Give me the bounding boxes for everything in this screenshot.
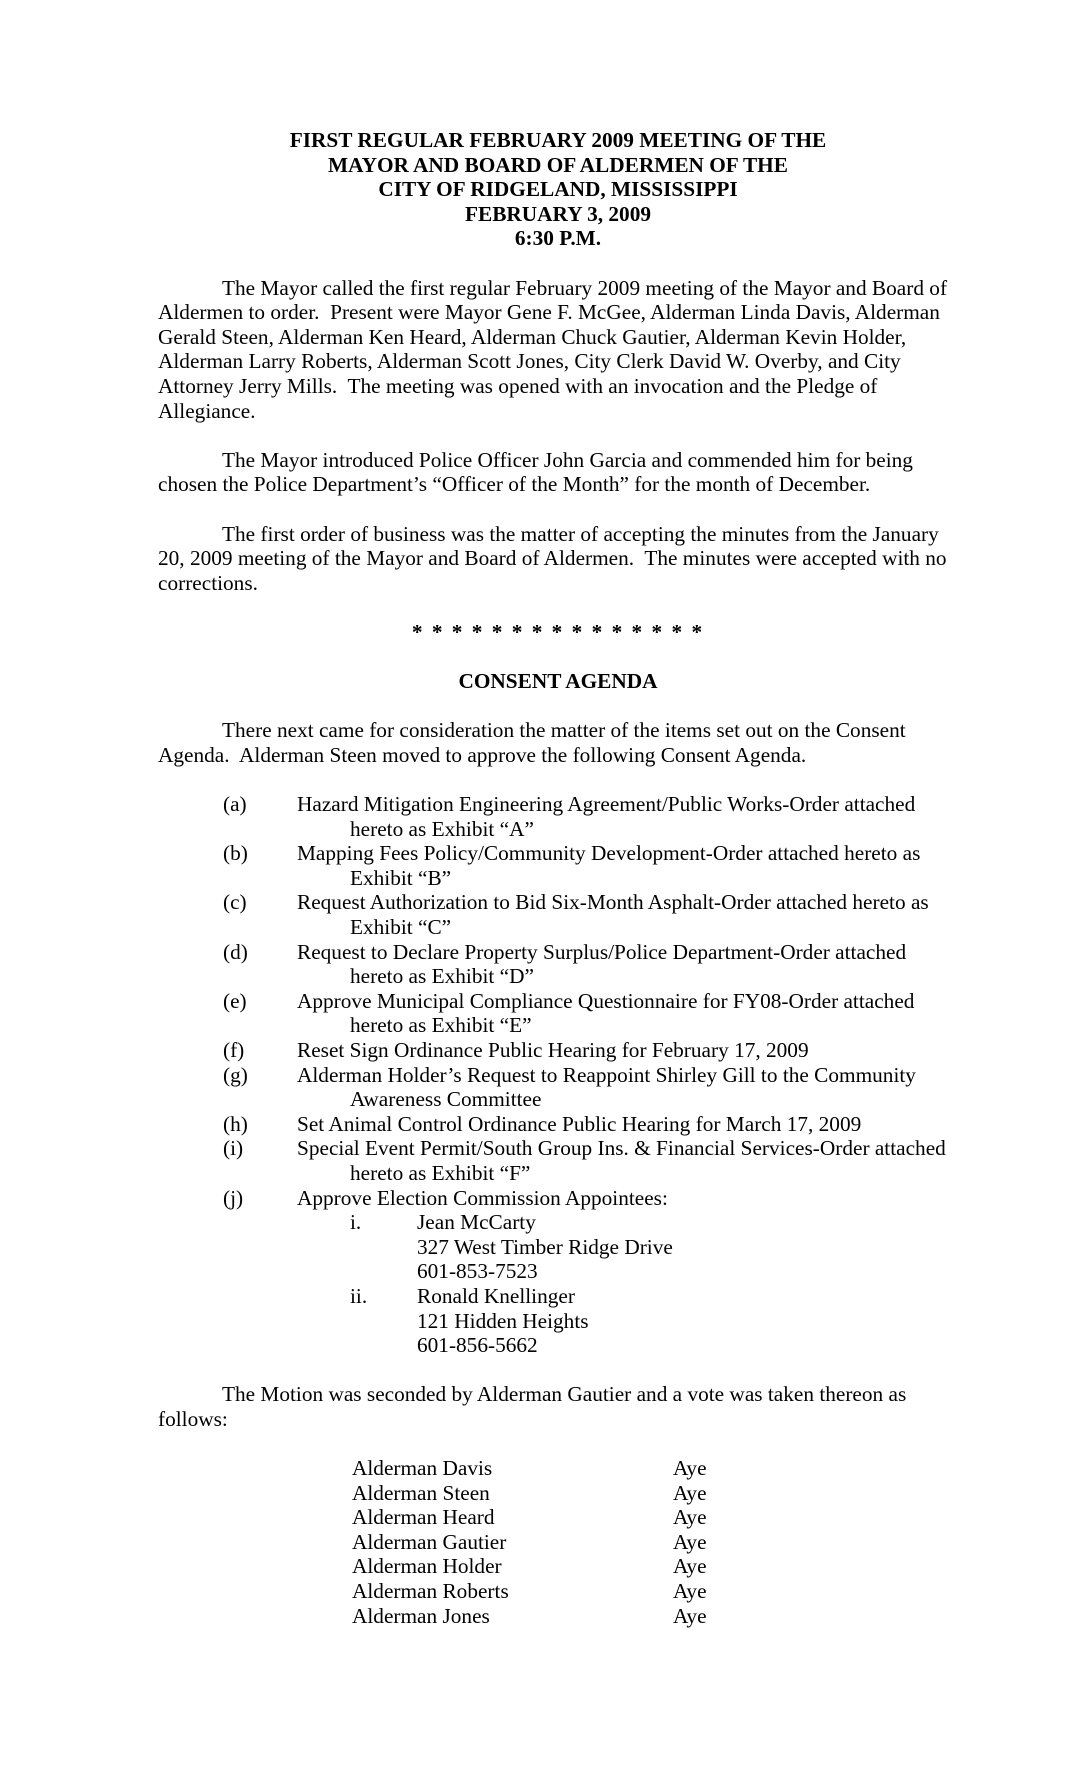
item-letter: (e) [223, 989, 247, 1014]
item-letter: (d) [223, 940, 248, 965]
agenda-item-i: (i) Special Event Permit/South Group Ins… [158, 1136, 958, 1185]
paragraph-officer-of-month: The Mayor introduced Police Officer John… [158, 448, 958, 497]
appointee-phone: 601-853-7523 [417, 1259, 958, 1284]
item-text: Set Animal Control Ordinance Public Hear… [350, 1112, 958, 1137]
item-letter: (i) [223, 1136, 243, 1161]
appointee-phone: 601-856-5662 [417, 1333, 958, 1358]
vote-row: Alderman SteenAye [158, 1481, 958, 1506]
agenda-item-d: (d) Request to Declare Property Surplus/… [158, 940, 958, 989]
vote-value: Aye [673, 1579, 707, 1603]
agenda-item-h: (h) Set Animal Control Ordinance Public … [158, 1112, 958, 1137]
title-line-3: CITY OF RIDGELAND, MISSISSIPPI [158, 177, 958, 202]
appointee-name: Ronald Knellinger [417, 1284, 958, 1309]
appointee-1: i. Jean McCarty 327 West Timber Ridge Dr… [158, 1210, 958, 1284]
item-text: Hazard Mitigation Engineering Agreement/… [350, 792, 958, 841]
appointee-address: 327 West Timber Ridge Drive [417, 1235, 958, 1260]
title-line-1: FIRST REGULAR FEBRUARY 2009 MEETING OF T… [158, 128, 958, 153]
item-text: Reset Sign Ordinance Public Hearing for … [350, 1038, 958, 1063]
agenda-item-a: (a) Hazard Mitigation Engineering Agreem… [158, 792, 958, 841]
vote-value: Aye [673, 1530, 707, 1554]
item-text: Special Event Permit/South Group Ins. & … [350, 1136, 958, 1185]
title-line-4: FEBRUARY 3, 2009 [158, 202, 958, 227]
item-letter: (h) [223, 1112, 248, 1137]
item-letter: (c) [223, 890, 247, 915]
vote-value: Aye [673, 1505, 707, 1529]
item-letter: (j) [223, 1186, 243, 1211]
title-line-2: MAYOR AND BOARD OF ALDERMEN OF THE [158, 153, 958, 178]
appointee-numeral: ii. [350, 1284, 367, 1309]
appointee-name: Jean McCarty [417, 1210, 958, 1235]
vote-name: Alderman Davis [352, 1456, 673, 1481]
agenda-item-b: (b) Mapping Fees Policy/Community Develo… [158, 841, 958, 890]
vote-row: Alderman HeardAye [158, 1505, 958, 1530]
vote-value: Aye [673, 1554, 707, 1578]
consent-agenda-heading: CONSENT AGENDA [158, 669, 958, 694]
agenda-item-g: (g) Alderman Holder’s Request to Reappoi… [158, 1063, 958, 1112]
vote-row: Alderman RobertsAye [158, 1579, 958, 1604]
vote-row: Alderman HolderAye [158, 1554, 958, 1579]
asterisk-separator: * * * * * * * * * * * * * * * [158, 620, 958, 645]
agenda-item-f: (f) Reset Sign Ordinance Public Hearing … [158, 1038, 958, 1063]
item-text: Alderman Holder’s Request to Reappoint S… [350, 1063, 958, 1112]
item-text: Request Authorization to Bid Six-Month A… [350, 890, 958, 939]
consent-agenda-intro: There next came for consideration the ma… [158, 718, 958, 767]
appointee-numeral: i. [350, 1210, 361, 1235]
vote-name: Alderman Holder [352, 1554, 673, 1579]
vote-table: Alderman DavisAye Alderman SteenAye Alde… [158, 1456, 958, 1628]
vote-value: Aye [673, 1456, 707, 1480]
appointee-list: i. Jean McCarty 327 West Timber Ridge Dr… [158, 1210, 958, 1358]
agenda-item-j: (j) Approve Election Commission Appointe… [158, 1186, 958, 1211]
vote-value: Aye [673, 1481, 707, 1505]
item-text: Mapping Fees Policy/Community Developmen… [350, 841, 958, 890]
item-letter: (a) [223, 792, 247, 817]
item-letter: (g) [223, 1063, 248, 1088]
item-letter: (b) [223, 841, 248, 866]
vote-name: Alderman Gautier [352, 1530, 673, 1555]
document-title: FIRST REGULAR FEBRUARY 2009 MEETING OF T… [158, 128, 958, 251]
vote-row: Alderman GautierAye [158, 1530, 958, 1555]
appointee-details: Ronald Knellinger 121 Hidden Heights 601… [417, 1284, 958, 1358]
agenda-item-e: (e) Approve Municipal Compliance Questio… [158, 989, 958, 1038]
item-text: Request to Declare Property Surplus/Poli… [350, 940, 958, 989]
vote-value: Aye [673, 1604, 707, 1628]
agenda-item-c: (c) Request Authorization to Bid Six-Mon… [158, 890, 958, 939]
vote-row: Alderman JonesAye [158, 1604, 958, 1629]
vote-name: Alderman Jones [352, 1604, 673, 1629]
item-letter: (f) [223, 1038, 244, 1063]
vote-row: Alderman DavisAye [158, 1456, 958, 1481]
vote-name: Alderman Roberts [352, 1579, 673, 1604]
vote-name: Alderman Heard [352, 1505, 673, 1530]
vote-name: Alderman Steen [352, 1481, 673, 1506]
consent-agenda-list: (a) Hazard Mitigation Engineering Agreem… [158, 792, 958, 1358]
document-page: FIRST REGULAR FEBRUARY 2009 MEETING OF T… [0, 0, 1088, 1792]
paragraph-minutes-accepted: The first order of business was the matt… [158, 522, 958, 596]
title-line-5: 6:30 P.M. [158, 226, 958, 251]
appointee-details: Jean McCarty 327 West Timber Ridge Drive… [417, 1210, 958, 1284]
item-text: Approve Election Commission Appointees: [350, 1186, 958, 1211]
appointee-2: ii. Ronald Knellinger 121 Hidden Heights… [158, 1284, 958, 1358]
item-text: Approve Municipal Compliance Questionnai… [350, 989, 958, 1038]
paragraph-motion-seconded: The Motion was seconded by Alderman Gaut… [158, 1382, 958, 1431]
appointee-address: 121 Hidden Heights [417, 1309, 958, 1334]
paragraph-call-to-order: The Mayor called the first regular Febru… [158, 276, 958, 424]
